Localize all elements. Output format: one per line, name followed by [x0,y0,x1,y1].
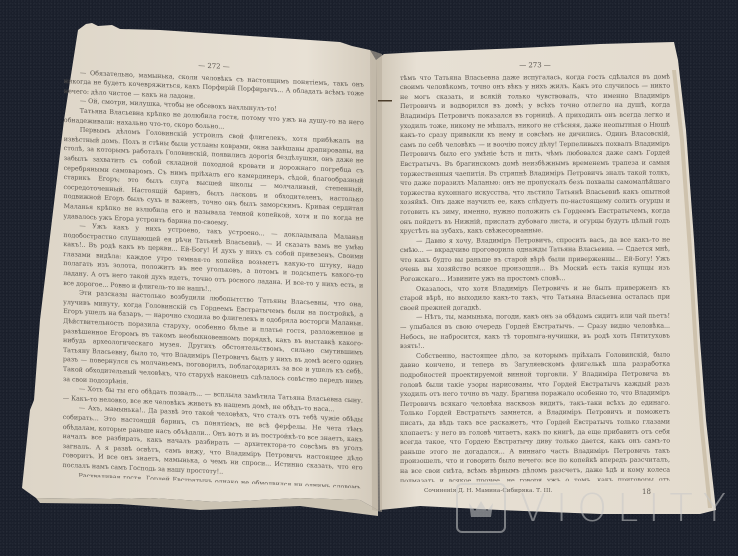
paragraph: тѣмъ что Татьяна Власьевна даже испугала… [400,72,670,237]
paragraph: Собственно, настоящее дѣло, за которымъ … [400,350,670,482]
photo-scene: — 272 — — Обязательно, мамынька, сколи ч… [0,0,738,556]
watermark: VIOLITY [456,483,736,533]
crown-icon [456,483,506,533]
watermark-text: VIOLITY [520,489,736,527]
right-page-text: — 273 — тѣмъ что Татьяна Власьевна даже … [400,61,670,482]
paragraph: — Нѣтъ, ты, мамынька, погоди, какъ онъ з… [400,312,670,352]
right-page-number: — 273 — [400,61,670,72]
paragraph: — Ужъ какъ у нихъ устроено, такъ устроен… [63,221,363,301]
paragraph: — Давно я хочу, Владиміръ Петровичъ, спр… [400,235,670,284]
paragraph: Первымъ дѣломъ Головинскій устроилъ свой… [63,125,363,233]
paragraph: — Ахъ, мамынька!.. Да развѣ это такой че… [63,403,363,483]
paragraph: Оказалось, что хотя Владиміръ Петровичъ … [400,283,670,313]
left-page-text: — 272 — — Обязательно, мамынька, сколи ч… [63,56,364,489]
paragraph: Эти разсказы настолько возбудили любопыт… [63,288,363,396]
